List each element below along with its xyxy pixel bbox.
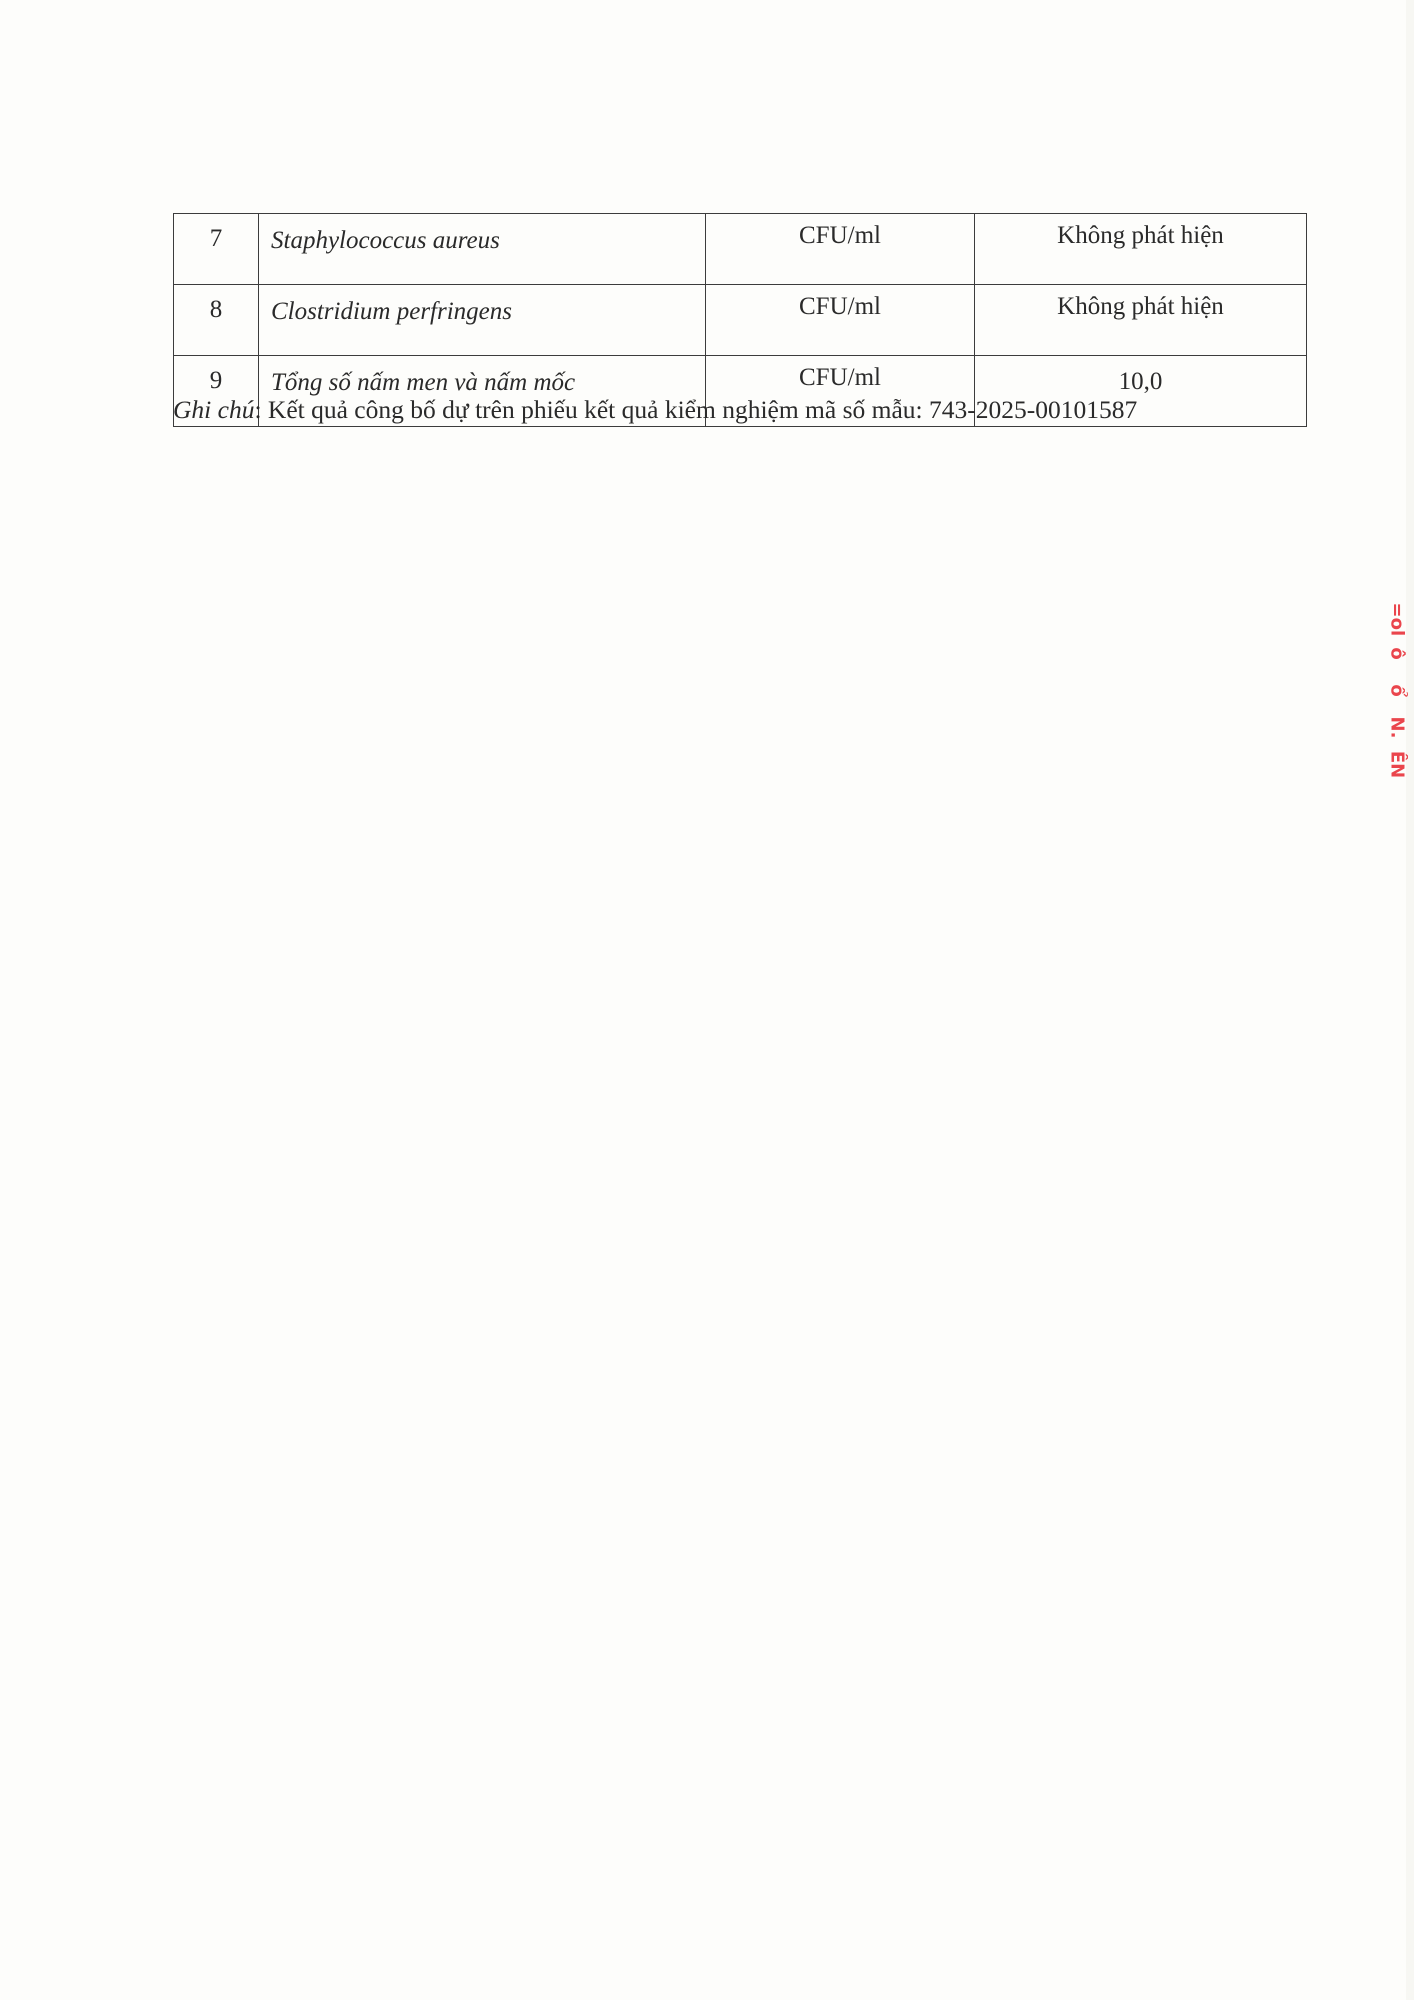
test-result: Không phát hiện — [975, 214, 1307, 285]
row-number: 7 — [174, 214, 259, 285]
red-seal-stamp-fragment: =ol ô ổ N. ÊN — [1383, 606, 1411, 791]
test-unit: CFU/ml — [706, 285, 975, 356]
stamp-fragment: ÊN — [1387, 751, 1408, 779]
table-row: 7 Staphylococcus aureus CFU/ml Không phá… — [174, 214, 1307, 285]
footnote-text: : Kết quả công bố dự trên phiếu kết quả … — [254, 395, 1137, 424]
stamp-fragment: ô — [1387, 640, 1408, 668]
stamp-fragment: ổ — [1387, 677, 1408, 705]
test-name: Staphylococcus aureus — [259, 214, 706, 285]
table-row: 8 Clostridium perfringens CFU/ml Không p… — [174, 285, 1307, 356]
test-name: Clostridium perfringens — [259, 285, 706, 356]
row-number: 8 — [174, 285, 259, 356]
test-unit: CFU/ml — [706, 214, 975, 285]
footnote-label: Ghi chú — [173, 395, 254, 424]
page-edge-shadow — [1406, 0, 1414, 2000]
stamp-fragment: =ol — [1387, 603, 1408, 631]
footnote: Ghi chú: Kết quả công bố dự trên phiếu k… — [173, 395, 1137, 425]
stamp-fragment: N. — [1387, 714, 1408, 742]
test-result: Không phát hiện — [975, 285, 1307, 356]
